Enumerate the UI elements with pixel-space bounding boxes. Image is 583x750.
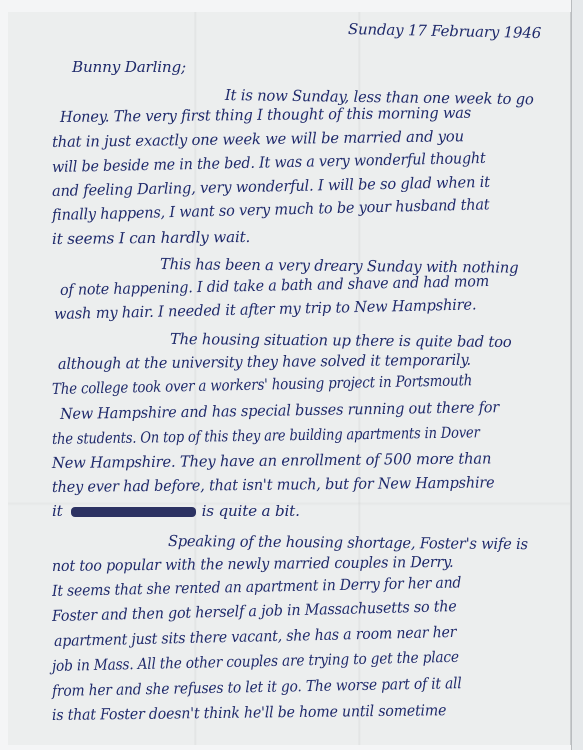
page-edge — [571, 0, 583, 750]
letter-line: Speaking of the housing shortage, Foster… — [168, 532, 528, 553]
letter-line-with-strikeout: itis quite a bit. — [52, 502, 300, 520]
letter-line: The housing situation up there is quite … — [170, 330, 512, 351]
letter-salutation: Bunny Darling; — [72, 58, 186, 76]
letter-line: it seems I can hardly wait. — [52, 228, 250, 248]
line-end: is quite a bit. — [202, 502, 300, 520]
scribbled-out-text — [71, 507, 196, 517]
line-start: it — [52, 502, 63, 520]
